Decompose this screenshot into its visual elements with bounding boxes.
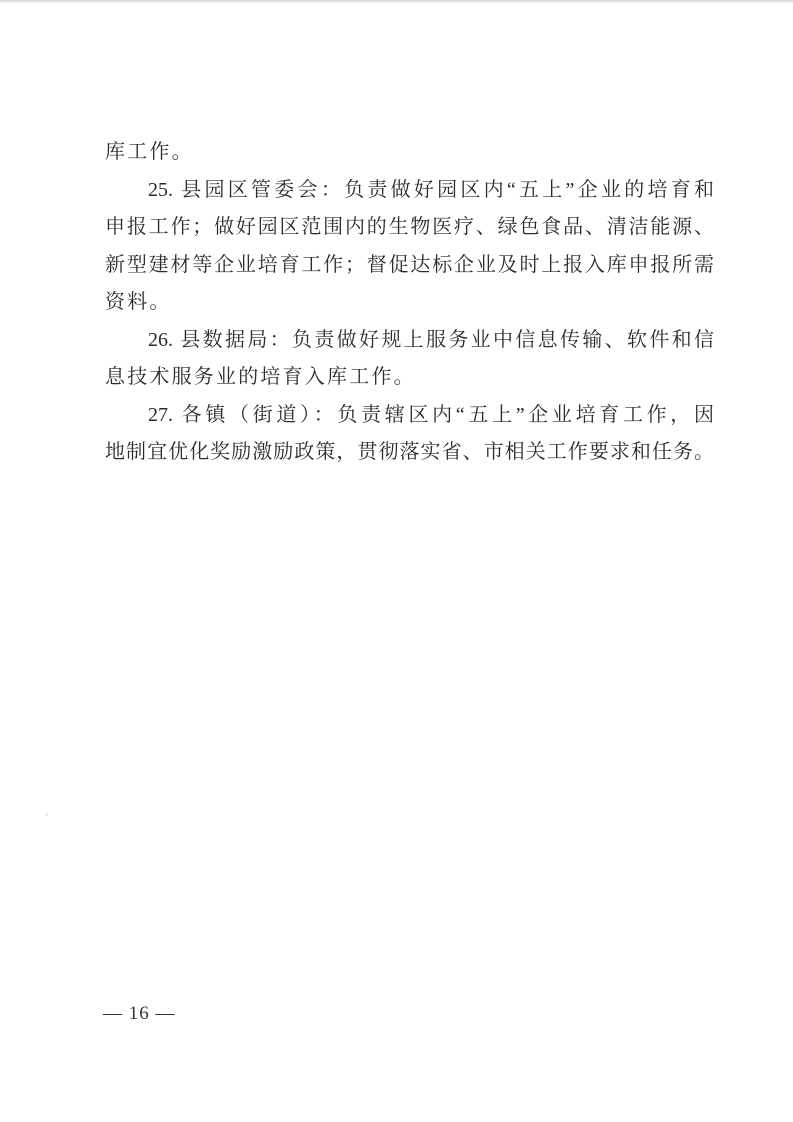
paragraph-25-line-4: 资料。 bbox=[105, 284, 714, 322]
scan-edge-artifact bbox=[0, 0, 793, 4]
paragraph-27-line-1: 27. 各镇（街道）：负责辖区内“五上”企业培育工作，因 bbox=[105, 397, 714, 435]
page-number: — 16 — bbox=[103, 1003, 176, 1024]
paragraph-continuation-line-1: 库工作。 bbox=[105, 134, 714, 172]
paragraph-25-line-3: 新型建材等企业培育工作；督促达标企业及时上报入库申报所需 bbox=[105, 247, 714, 285]
scan-speck-artifact bbox=[45, 813, 48, 816]
document-page: 库工作。 25. 县园区管委会：负责做好园区内“五上”企业的培育和 申报工作；做… bbox=[0, 0, 793, 1122]
paragraph-26-line-2: 息技术服务业的培育入库工作。 bbox=[105, 359, 714, 397]
paragraph-25-line-2: 申报工作；做好园区范围内的生物医疗、绿色食品、清洁能源、 bbox=[105, 209, 714, 247]
paragraph-26-line-1: 26. 县数据局：负责做好规上服务业中信息传输、软件和信 bbox=[105, 322, 714, 360]
paragraph-25-line-1: 25. 县园区管委会：负责做好园区内“五上”企业的培育和 bbox=[105, 172, 714, 210]
page-footer: — 16 — bbox=[103, 1001, 176, 1027]
document-body: 库工作。 25. 县园区管委会：负责做好园区内“五上”企业的培育和 申报工作；做… bbox=[105, 134, 714, 472]
paragraph-27-line-2: 地制宜优化奖励激励政策，贯彻落实省、市相关工作要求和任务。 bbox=[105, 434, 714, 472]
